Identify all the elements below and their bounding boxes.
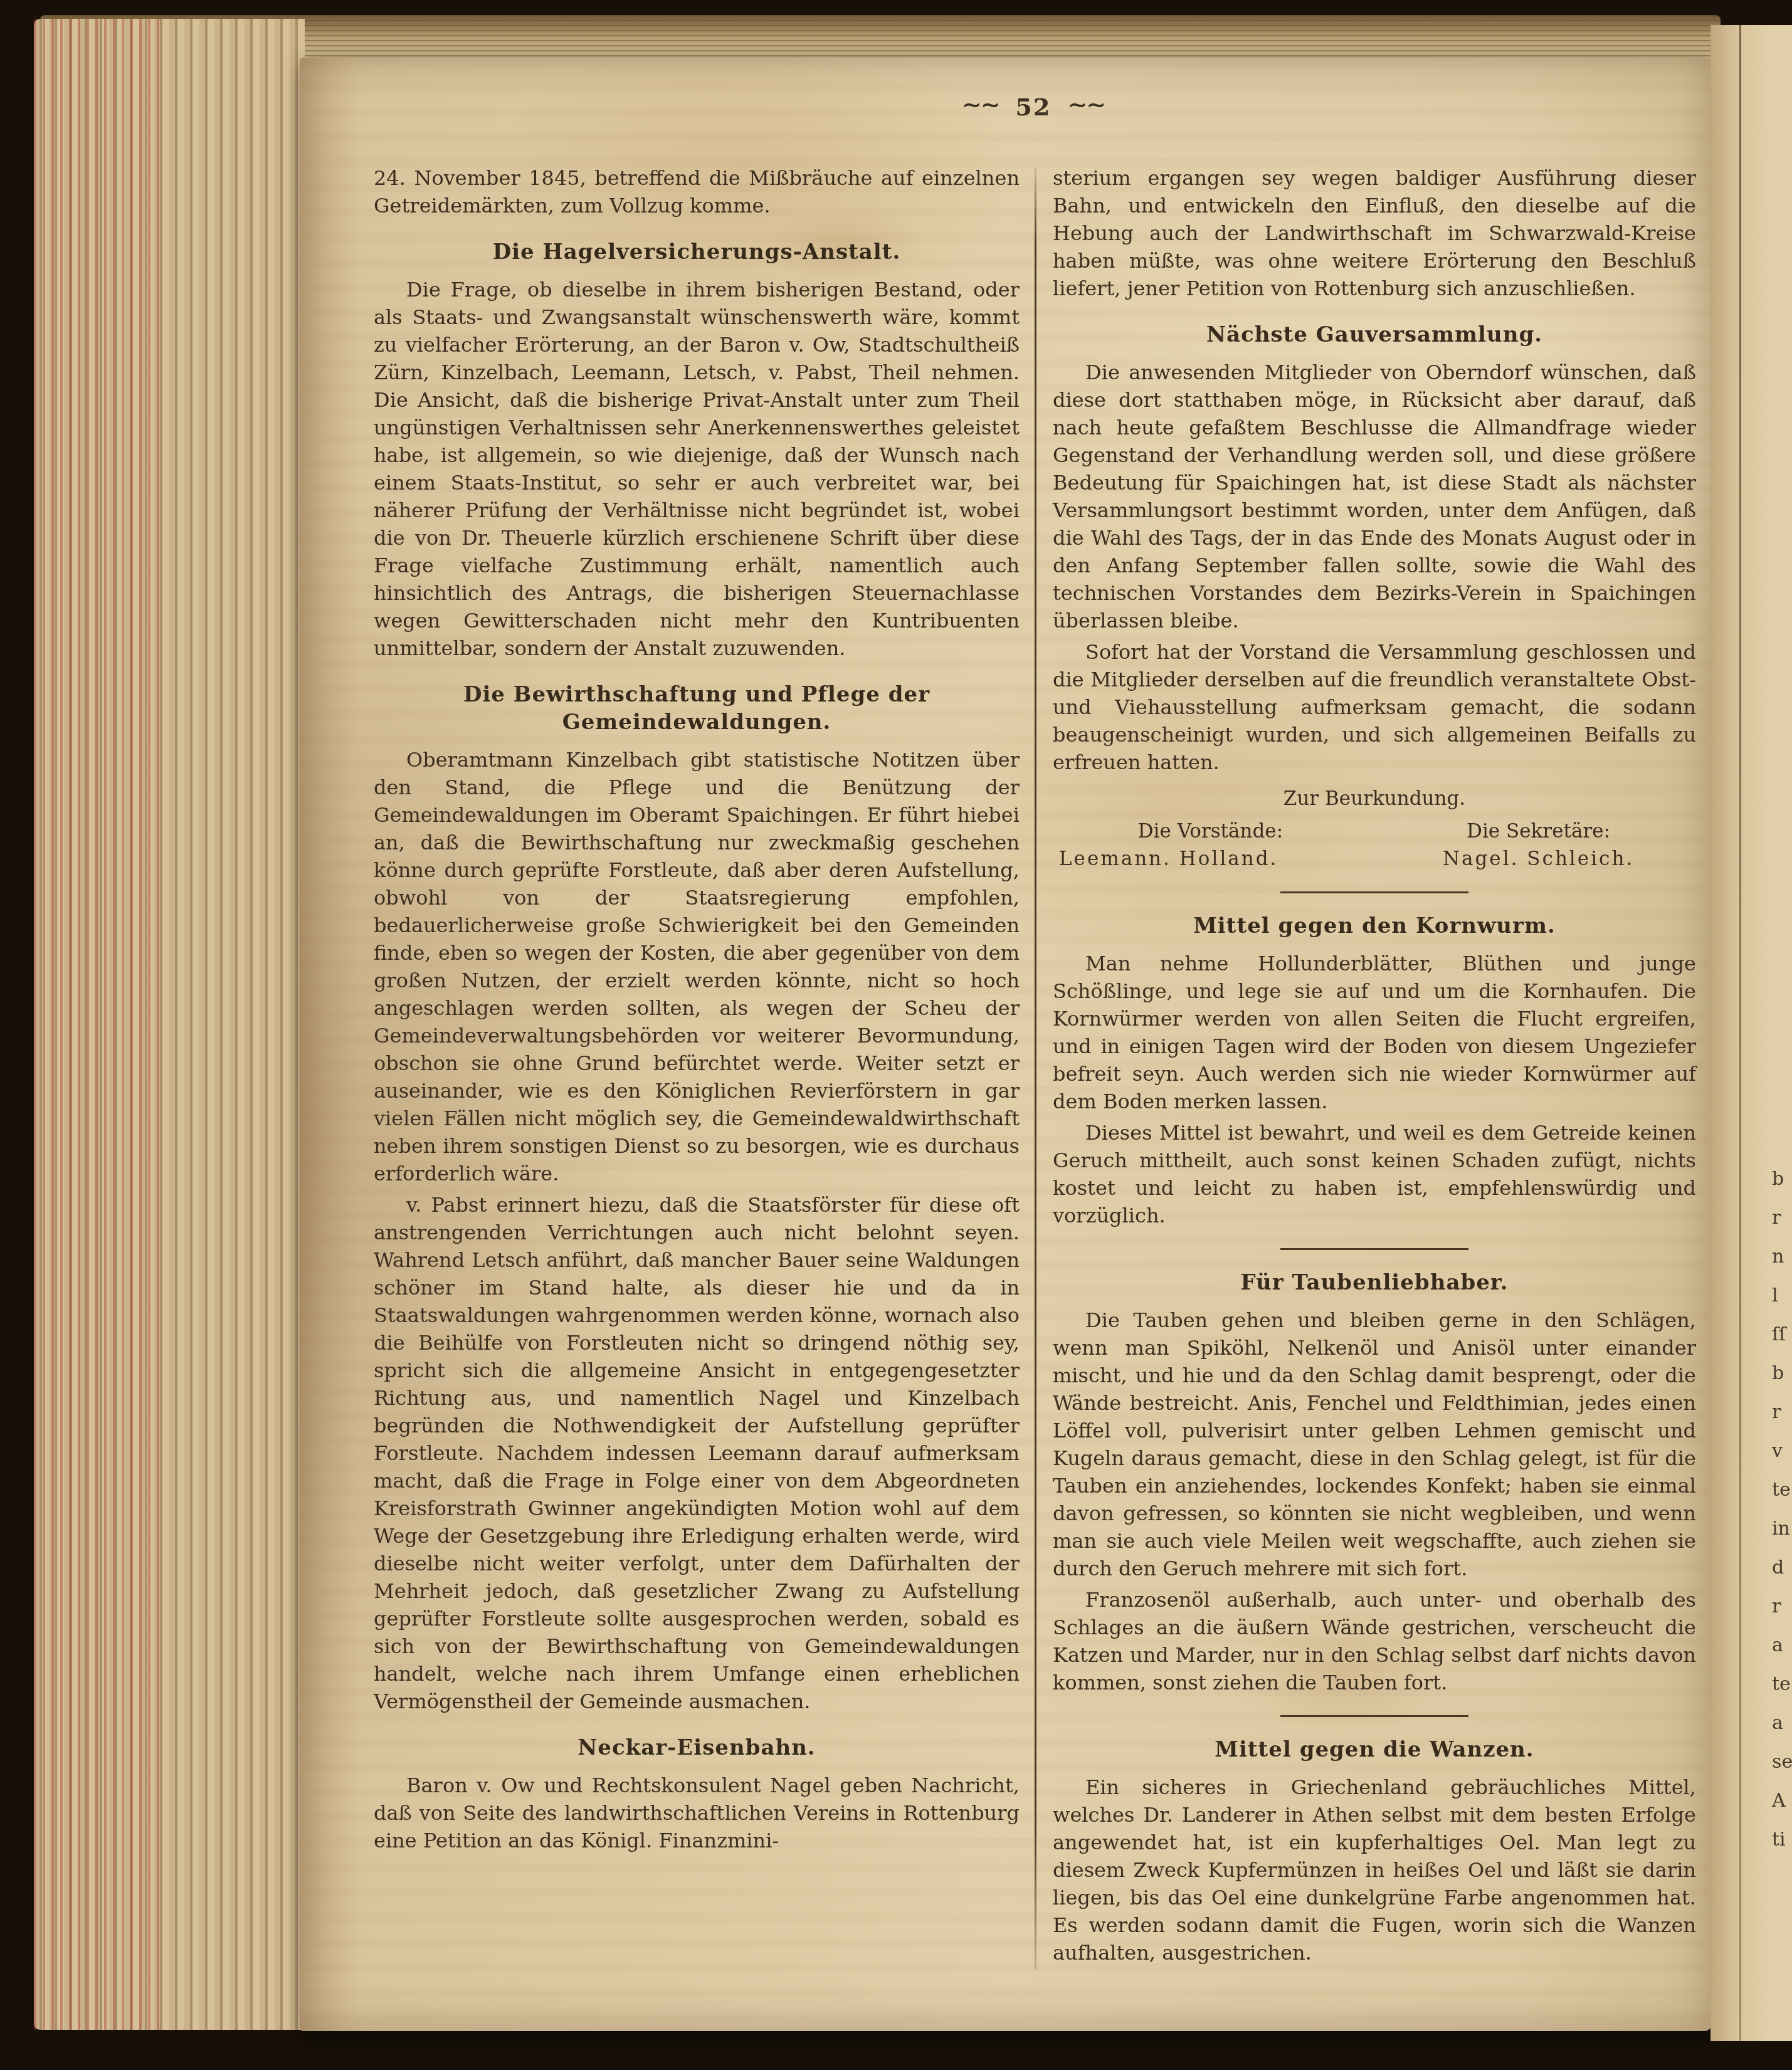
heading-mittel-gegen-den-kornwurm: Mittel gegen den Kornwurm. <box>1078 912 1671 940</box>
paragraph: Oberamtmann Kinzelbach gibt statistische… <box>374 746 1020 1187</box>
heading-bewirthschaftung-gemeindewaldungen: Die Bewirthschaftung und Pflege der Geme… <box>399 681 994 736</box>
heading-hagelversicherungs-anstalt: Die Hagelversicherungs-Anstalt. <box>399 238 994 266</box>
edge-fragment: se <box>1772 1743 1792 1782</box>
paragraph: Die Frage, ob dieselbe in ihrem bisherig… <box>374 276 1020 662</box>
paragraph: Ein sicheres in Griechenland gebräuchlic… <box>1053 1773 1696 1967</box>
paragraph: Die Tauben gehen und bleiben gerne in de… <box>1053 1306 1696 1582</box>
paragraph: Sofort hat der Vorstand die Versammlung … <box>1053 638 1696 776</box>
edge-fragment: b <box>1772 1354 1792 1393</box>
attestation-roles: Die Vorstände: Die Sekretäre: <box>1053 817 1696 845</box>
heading-neckar-eisenbahn: Neckar-Eisenbahn. <box>399 1734 994 1762</box>
attestation-title: Zur Beurkundung. <box>1053 785 1696 812</box>
paragraph: Die anwesenden Mitglieder von Oberndorf … <box>1053 359 1696 634</box>
left-column: 24. November 1845, betreffend die Mißbrä… <box>374 164 1020 1970</box>
edge-fragment: b <box>1772 1160 1792 1199</box>
edge-fragment: r <box>1772 1393 1792 1432</box>
attestation-names-left: Leemann. Holland. <box>1059 845 1362 873</box>
attestation-names: Leemann. Holland. Nagel. Schleich. <box>1053 845 1696 873</box>
edge-fragment: a <box>1772 1626 1792 1665</box>
edge-fragment: r <box>1772 1199 1792 1237</box>
heading-mittel-gegen-die-wanzen: Mittel gegen die Wanzen. <box>1078 1736 1671 1763</box>
edge-fragment: ti <box>1772 1820 1792 1859</box>
paragraph-continuation: 24. November 1845, betreffend die Mißbrä… <box>374 164 1020 219</box>
attestation-role-right: Die Sekretäre: <box>1387 817 1690 845</box>
paragraph: v. Pabst erinnert hiezu, daß die Staatsf… <box>374 1191 1020 1715</box>
page-number: 52 <box>1016 93 1051 121</box>
paragraph: Baron v. Ow und Rechtskonsulent Nagel ge… <box>374 1772 1020 1854</box>
edge-fragment: l <box>1772 1276 1792 1315</box>
section-rule <box>1280 891 1468 893</box>
journal-page: ∼∼52∼∼ 24. November 1845, betreffend die… <box>300 58 1712 2031</box>
paragraph: Franzosenöl außerhalb, auch unter- und o… <box>1053 1586 1696 1696</box>
edge-fragment: r <box>1772 1587 1792 1626</box>
section-rule <box>1280 1715 1468 1717</box>
paragraph: Dieses Mittel ist bewahrt, und weil es d… <box>1053 1119 1696 1229</box>
heading-naechste-gauversammlung: Nächste Gauversammlung. <box>1078 321 1671 349</box>
edge-fragment: a <box>1772 1704 1792 1743</box>
page-header: ∼∼52∼∼ <box>375 93 1692 121</box>
section-rule <box>1280 1248 1468 1250</box>
page-number-ornament-right: ∼∼ <box>1051 90 1121 118</box>
column-divider-rule <box>1035 168 1036 1970</box>
edge-fragment: te <box>1772 1665 1792 1704</box>
paragraph-continuation: sterium ergangen sey wegen baldiger Ausf… <box>1053 164 1696 302</box>
attestation-role-left: Die Vorstände: <box>1059 817 1362 845</box>
attestation-names-right: Nagel. Schleich. <box>1387 845 1690 873</box>
right-column: sterium ergangen sey wegen baldiger Ausf… <box>1053 164 1696 1970</box>
edge-fragment: n <box>1772 1237 1792 1276</box>
edge-fragment: in <box>1772 1510 1792 1548</box>
edge-fragment: ſſ <box>1772 1315 1792 1354</box>
edge-fragment: te <box>1772 1471 1792 1510</box>
next-page-text-fragments: b r n l ſſ b r v te in d r a te a se A t… <box>1772 1160 1792 1859</box>
heading-fuer-taubenliebhaber: Für Taubenliebhaber. <box>1078 1269 1671 1296</box>
book-gutter-red-streaks <box>34 19 159 2030</box>
next-page-edge: b r n l ſſ b r v te in d r a te a se A t… <box>1710 25 1792 2041</box>
attestation-block: Zur Beurkundung. Die Vorstände: Die Sekr… <box>1053 785 1696 873</box>
page-number-ornament-left: ∼∼ <box>946 90 1016 118</box>
edge-fragment: v <box>1772 1432 1792 1471</box>
edge-fragment: A <box>1772 1782 1792 1820</box>
page-scan: ∼∼52∼∼ 24. November 1845, betreffend die… <box>0 0 1792 2070</box>
edge-fragment: d <box>1772 1548 1792 1587</box>
text-columns: 24. November 1845, betreffend die Mißbrä… <box>374 164 1698 1970</box>
paragraph: Man nehme Hollunderblätter, Blüthen und … <box>1053 950 1696 1115</box>
